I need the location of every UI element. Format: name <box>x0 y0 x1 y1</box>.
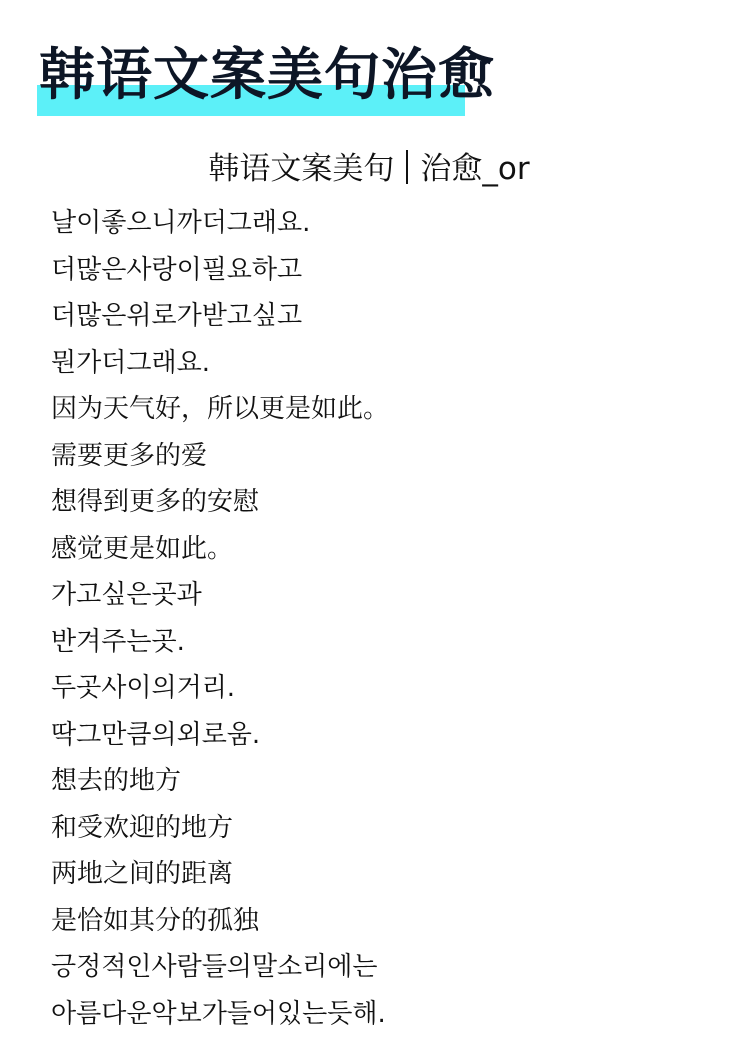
quote-line: 想得到更多的安慰 <box>51 479 389 526</box>
quote-line: 가고싶은곳과 <box>51 572 389 619</box>
quote-line: 두곳사이의거리. <box>51 665 389 712</box>
quote-line: 딱그만큼의외로움. <box>51 712 389 759</box>
subtitle-left: 韩语文案美句 <box>208 151 394 187</box>
quote-line: 感觉更是如此。 <box>51 526 389 573</box>
quote-line: 和受欢迎的地方 <box>51 805 389 852</box>
quote-line: 반겨주는곳. <box>51 619 389 666</box>
subtitle-separator <box>406 150 408 184</box>
quote-line: 뭔가더그래요. <box>51 340 389 387</box>
subtitle: 韩语文案美句治愈_or <box>0 148 738 190</box>
quote-line: 想去的地方 <box>51 758 389 805</box>
subtitle-right: 治愈_or <box>420 151 529 187</box>
quote-line: 긍정적인사람들의말소리에는 <box>51 944 389 991</box>
quote-line: 是恰如其分的孤独 <box>51 898 389 945</box>
quote-line: 需要更多的爱 <box>51 433 389 480</box>
quote-line: 더많은사랑이필요하고 <box>51 247 389 294</box>
quote-line: 因为天气好，所以更是如此。 <box>51 386 389 433</box>
quote-lines: 날이좋으니까더그래요. 더많은사랑이필요하고 더많은위로가받고싶고 뭔가더그래요… <box>51 200 389 1037</box>
page-title: 韩语文案美句治愈 <box>39 38 495 114</box>
hero-header: 韩语文案美句治愈 <box>37 38 465 118</box>
quote-line: 两地之间的距离 <box>51 851 389 898</box>
quote-line: 날이좋으니까더그래요. <box>51 200 389 247</box>
quote-line: 더많은위로가받고싶고 <box>51 293 389 340</box>
quote-line: 아름다운악보가들어있는듯해. <box>51 991 389 1038</box>
